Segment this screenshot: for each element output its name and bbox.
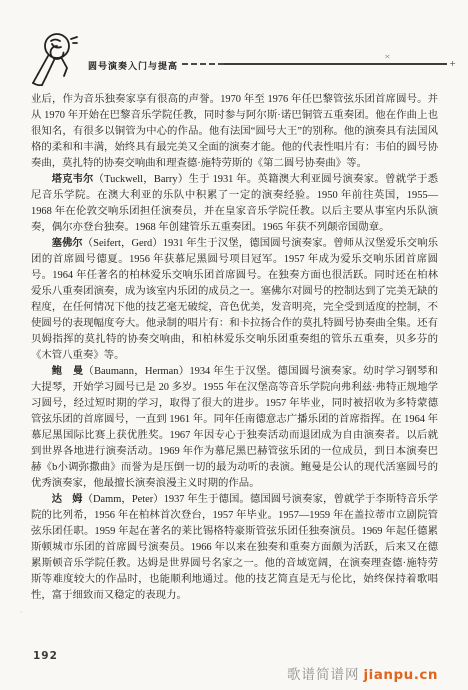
scan-artifact-cross: ×: [384, 53, 391, 60]
watermark-url: jianpu.cn: [364, 667, 439, 683]
paragraph-text: （Baumann，Herman）1934 年生于汉堡。德国圆号演奏家。幼时学习钢…: [31, 366, 438, 489]
header-rule-solid-segment: [224, 63, 447, 65]
paragraph-seifert: 塞佛尔（Seifert，Gerd）1931 年生于汉堡，德国圆号演奏家。曾师从汉…: [31, 236, 438, 364]
watermark: 歌谱简谱网jianpu.cn: [287, 663, 438, 683]
musician-name: 达 姆: [52, 494, 83, 505]
scan-artifact-speck: ·: [20, 608, 23, 617]
header-rule: +: [182, 60, 456, 68]
book-title: 圆号演奏入门与提高: [88, 59, 178, 72]
musician-name: 鲍 曼: [52, 366, 84, 377]
paragraph-continuation: 业后，作为音乐独奏家享有很高的声誉。1970 年至 1976 年任巴黎管弦乐团首…: [31, 92, 438, 172]
french-horn-logo-icon: [30, 30, 80, 86]
page-number: 192: [33, 650, 58, 662]
paragraph-text: （Seifert，Gerd）1931 年生于汉堡，德国圆号演奏家。曾师从汉堡爱乐…: [31, 238, 438, 361]
header-rule-dashed-segment: [182, 63, 224, 65]
musician-name: 塔克韦尔: [52, 174, 94, 185]
page-body: 业后，作为音乐独奏家享有很高的声誉。1970 年至 1976 年任巴黎管弦乐团首…: [31, 92, 438, 604]
page-header: 圆号演奏入门与提高 +: [30, 34, 456, 74]
watermark-site-name: 歌谱简谱网: [287, 667, 360, 683]
book-page: 圆号演奏入门与提高 + × · 业后，作为音乐独奏家享有很高的声誉。1970 年…: [0, 0, 468, 690]
paragraph-damm: 达 姆（Damm，Peter）1937 年生于德国。德国圆号演奏家，曾就学于李斯…: [31, 492, 438, 604]
paragraph-text: （Damm，Peter）1937 年生于德国。德国圆号演奏家，曾就学于李斯特音乐…: [31, 494, 438, 601]
paragraph-baumann: 鲍 曼（Baumann，Herman）1934 年生于汉堡。德国圆号演奏家。幼时…: [31, 364, 438, 492]
paragraph-text: 业后，作为音乐独奏家享有很高的声誉。1970 年至 1976 年任巴黎管弦乐团首…: [31, 94, 438, 169]
header-rule-end-mark: +: [449, 60, 456, 68]
musician-name: 塞佛尔: [52, 238, 83, 249]
paragraph-tuckwell: 塔克韦尔（Tuckwell，Barry）生于 1931 年。英籍澳大利亚圆号演奏…: [31, 172, 438, 236]
